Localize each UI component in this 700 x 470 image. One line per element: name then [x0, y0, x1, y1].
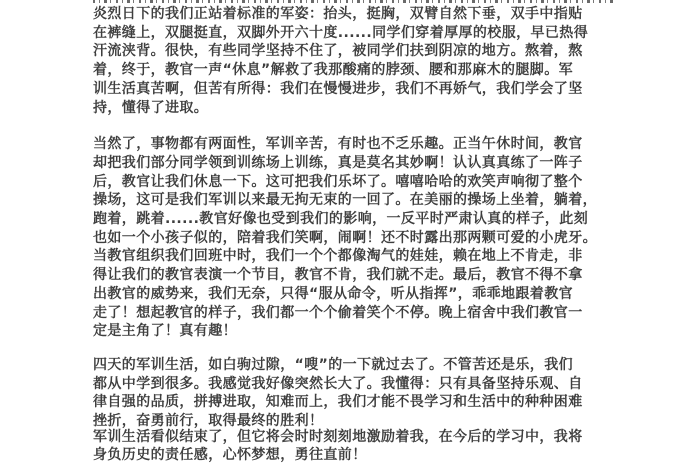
- text-line: 律自强的品质，拼搏进取，知难而上，我们才能不畏学习和生活中的种种困难: [93, 393, 619, 412]
- paragraph-3: 四天的军训生活，如白驹过隙，“嗖”的一下就过去了。不管苦还是乐，我们 都从中学到…: [93, 356, 619, 431]
- text-line: 定是主角了！真有趣！: [93, 322, 619, 341]
- text-line: 跑着，跳着......教官好像也受到我们的影响，一反平时严肃认真的样子，此刻: [93, 210, 619, 229]
- text-line: 操场，这可是我们军训以来最无拘无束的一回了。在美丽的操场上坐着，躺着，: [93, 191, 619, 210]
- text-line: 却把我们部分同学领到训练场上训练，真是莫名其妙啊！认认真真练了一阵子: [93, 154, 619, 173]
- text-line: 军训生活看似结束了，但它将会时时刻刻地激励着我，在今后的学习中，我将: [93, 428, 619, 447]
- text-line: 着，终于，教官一声“休息”解救了我那酸痛的脖颈、腰和那麻木的腿脚。军: [93, 61, 619, 80]
- text-line: 汗流浃背。很快，有些同学坚持不住了，被同学们扶到阴凉的地方。熬着，熬: [93, 42, 619, 61]
- text-line: 也如一个小孩子似的，陪着我们笑啊，闹啊！还不时露出那两颗可爱的小虎牙。: [93, 229, 619, 248]
- essay-body: 炎烈日下的我们正站着标准的军姿：抬头，挺胸，双臂自然下垂，双手中指贴 在裤缝上，…: [93, 5, 619, 465]
- paragraph-1: 炎烈日下的我们正站着标准的军姿：抬头，挺胸，双臂自然下垂，双手中指贴 在裤缝上，…: [93, 5, 619, 117]
- text-line: 当教官组织我们回班中时，我们一个个都像淘气的娃娃，赖在地上不肯走，非: [93, 247, 619, 266]
- text-line: 走了！想起教官的样子，我们都一个个偷着笑个不停。晚上宿舍中我们教官一: [93, 304, 619, 323]
- text-line: 在裤缝上，双腿挺直，双脚外开六十度......同学们穿着厚厚的校服，早已热得: [93, 24, 619, 43]
- text-line: 后，教官让我们休息一下。这可把我们乐坏了。嘻嘻哈哈的欢笑声响彻了整个: [93, 173, 619, 192]
- text-line: 当然了，事物都有两面性，军训辛苦，有时也不乏乐趣。正当午休时间，教官: [93, 135, 619, 154]
- text-line: 持，懂得了进取。: [93, 99, 619, 118]
- clipped-text-row-top: [93, 0, 613, 3]
- text-line: 身负历史的责任感，心怀梦想，勇往直前！: [93, 446, 619, 465]
- document-page: 炎烈日下的我们正站着标准的军姿：抬头，挺胸，双臂自然下垂，双手中指贴 在裤缝上，…: [0, 0, 700, 470]
- text-line: 炎烈日下的我们正站着标准的军姿：抬头，挺胸，双臂自然下垂，双手中指贴: [93, 5, 619, 24]
- paragraph-4: 军训生活看似结束了，但它将会时时刻刻地激励着我，在今后的学习中，我将 身负历史的…: [93, 428, 619, 465]
- text-line: 得让我们的教官表演一个节目，教官不肯，我们就不走。最后，教官不得不拿: [93, 266, 619, 285]
- paragraph-2: 当然了，事物都有两面性，军训辛苦，有时也不乏乐趣。正当午休时间，教官 却把我们部…: [93, 135, 619, 341]
- text-line: 训生活真苦啊，但苦有所得：我们在慢慢进步，我们不再娇气，我们学会了坚: [93, 80, 619, 99]
- text-line: 都从中学到很多。我感觉我好像突然长大了。我懂得：只有具备坚持乐观、自: [93, 375, 619, 394]
- text-line: 出教官的威势来，我们无奈，只得“服从命令，听从指挥”，乖乖地跟着教官: [93, 285, 619, 304]
- text-line: 四天的军训生活，如白驹过隙，“嗖”的一下就过去了。不管苦还是乐，我们: [93, 356, 619, 375]
